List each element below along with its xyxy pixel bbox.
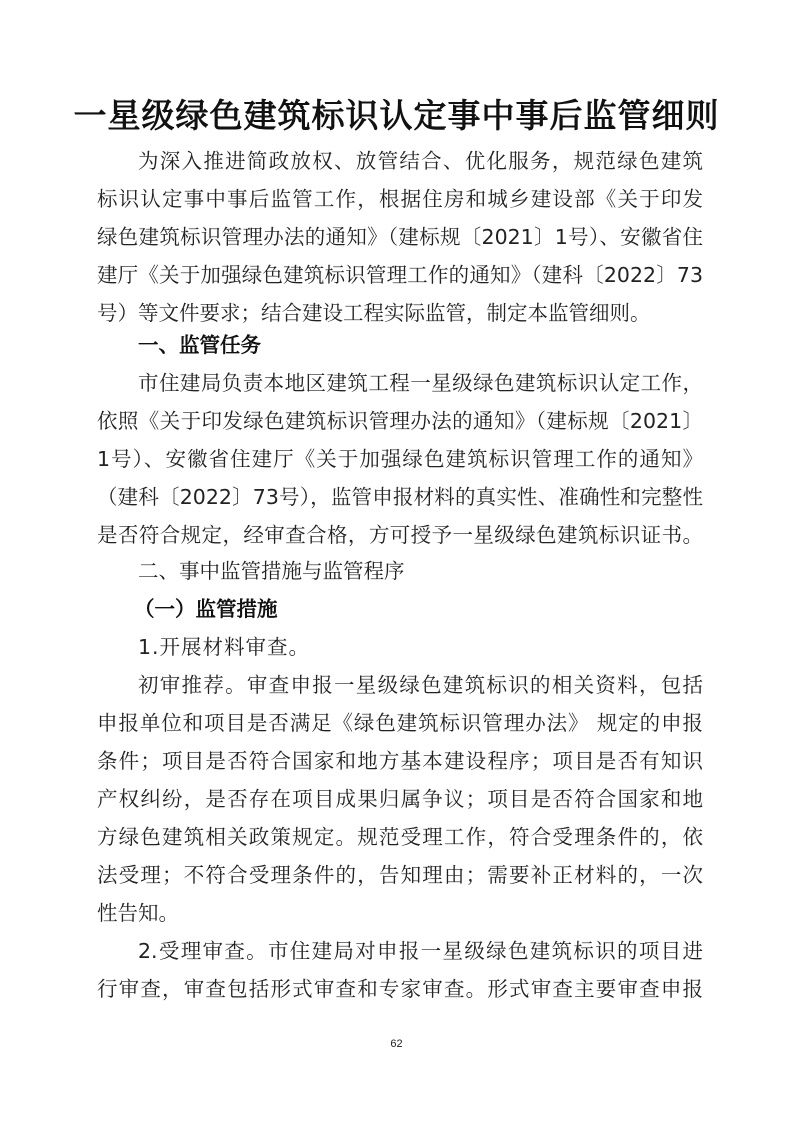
item-1-line-2: 申报单位和项目是否满足《绿色建筑标识管理办法》 规定的申报 xyxy=(97,708,703,738)
section-1-line-3: 1号）、安徽省住建厅《关于加强绿色建筑标识管理工作的通知》 xyxy=(97,444,703,474)
page-number: 62 xyxy=(0,1038,793,1050)
item-1-line-6: 法受理；不符合受理条件的，告知理由；需要补正材料的，一次 xyxy=(97,860,703,890)
section-2-heading: 二、事中监管措施与监管程序 xyxy=(138,556,405,586)
intro-line-1: 为深入推进简政放权、放管结合、优化服务，规范绿色建筑 xyxy=(138,146,703,176)
section-1-heading: 一、监管任务 xyxy=(138,330,261,360)
intro-line-3: 绿色建筑标识管理办法的通知》（建标规〔2021〕1号）、安徽省住 xyxy=(97,222,703,252)
intro-line-2: 标识认定事中事后监管工作，根据住房和城乡建设部《关于印发 xyxy=(97,184,703,214)
section-1-line-2: 依照《关于印发绿色建筑标识管理办法的通知》（建标规〔2021〕 xyxy=(97,406,703,436)
item-2-line-2: 行审查，审查包括形式审查和专家审查。形式审查主要审查申报 xyxy=(97,974,703,1004)
item-2-line-1: 2.受理审查。市住建局对申报一星级绿色建筑标识的项目进 xyxy=(138,936,703,966)
section-1-line-4: （建科〔2022〕73号），监管申报材料的真实性、准确性和完整性 xyxy=(97,482,703,512)
intro-line-5: 号）等文件要求；结合建设工程实际监管，制定本监管细则。 xyxy=(97,298,703,328)
item-1-line-4: 产权纠纷，是否存在项目成果归属争议；项目是否符合国家和地 xyxy=(97,784,703,814)
item-1-line-7: 性告知。 xyxy=(97,898,703,928)
document-page: 一星级绿色建筑标识认定事中事后监管细则 为深入推进简政放权、放管结合、优化服务，… xyxy=(0,0,793,1122)
intro-line-4: 建厅《关于加强绿色建筑标识管理工作的通知》（建科〔2022〕73 xyxy=(97,260,703,290)
item-1-line-1: 初审推荐。审查申报一星级绿色建筑标识的相关资料，包括 xyxy=(138,670,703,700)
section-1-line-5: 是否符合规定，经审查合格，方可授予一星级绿色建筑标识证书。 xyxy=(97,520,703,550)
section-1-line-1: 市住建局负责本地区建筑工程一星级绿色建筑标识认定工作， xyxy=(138,368,703,398)
item-1-line-3: 条件；项目是否符合国家和地方基本建设程序；项目是否有知识 xyxy=(97,746,703,776)
subsection-1-heading: （一）监管措施 xyxy=(134,594,278,624)
document-title: 一星级绿色建筑标识认定事中事后监管细则 xyxy=(0,94,793,138)
item-1-line-5: 方绿色建筑相关政策规定。规范受理工作，符合受理条件的，依 xyxy=(97,822,703,852)
item-1-title: 1.开展材料审查。 xyxy=(138,632,703,662)
